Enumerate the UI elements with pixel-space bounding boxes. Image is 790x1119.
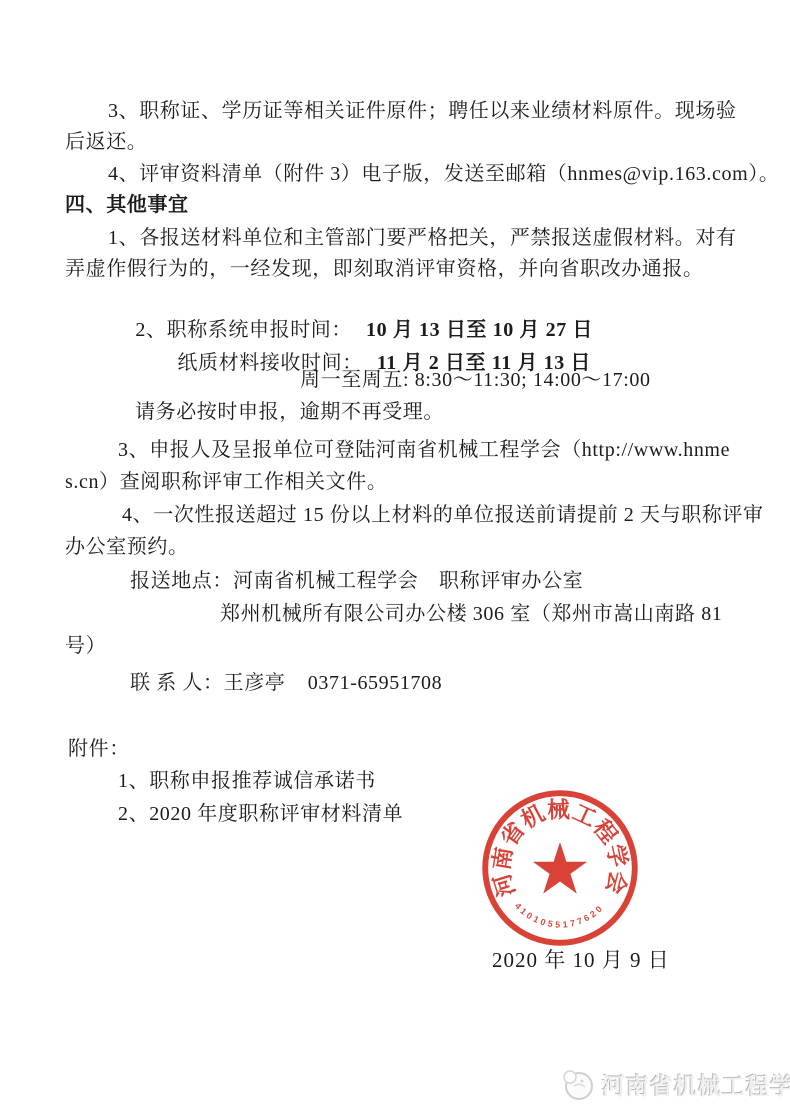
- office-hours-line: 周一至周五: 8:30～11:30; 14:00～17:00: [300, 368, 651, 392]
- other-item1-line1: 1、各报送材料单位和主管部门要严格把关，严禁报送虚假材料。对有: [108, 226, 737, 250]
- other-item4-line1: 4、一次性报送超过 15 份以上材料的单位报送前请提前 2 天与职称评审: [122, 503, 764, 527]
- other-item1-line2: 弄虚作假行为的，一经发现，即刻取消评审资格，并向省职改办通报。: [65, 257, 704, 281]
- contact-line: 联 系 人：王彦亭 0371-65951708: [130, 671, 442, 695]
- official-seal-stamp: 河南省机械工程学会 4101055177620: [476, 784, 644, 952]
- other-item3-line2: s.cn）查阅职称评审工作相关文件。: [65, 470, 387, 494]
- footer-society-name: 河南省机械工程学会: [602, 1068, 790, 1101]
- item3-line1: 3、职称证、学历证等相关证件原件；聘任以来业绩材料原件。现场验: [108, 99, 737, 123]
- address-line3: 号）: [65, 634, 106, 658]
- punctual-note-line: 请务必按时申报，逾期不再受理。: [135, 400, 444, 424]
- seal-star-icon: [533, 842, 587, 894]
- address-line2: 郑州机械所有限公司办公楼 306 室（郑州市嵩山南路 81: [220, 602, 722, 626]
- item4-line: 4、评审资料清单（附件 3）电子版，发送至邮箱（hnmes@vip.163.co…: [108, 162, 779, 186]
- svg-text:4101055177620: 4101055177620: [513, 901, 604, 930]
- document-page: 3、职称证、学历证等相关证件原件；聘任以来业绩材料原件。现场验 后返还。 4、评…: [0, 0, 790, 1119]
- address-line1: 报送地点：河南省机械工程学会 职称评审办公室: [130, 569, 583, 593]
- other-item4-line2: 办公室预约。: [65, 535, 189, 559]
- seal-code-text: 4101055177620: [513, 901, 604, 930]
- item3-line2: 后返还。: [65, 130, 147, 154]
- attachment-item-2: 2、2020 年度职称评审材料清单: [118, 802, 403, 826]
- footer-watermark: 河南省机械工程学会: [558, 1064, 790, 1104]
- attachment-item-1: 1、职称申报推荐诚信承诺书: [118, 769, 376, 793]
- other-item3-line1: 3、申报人及呈报单位可登陆河南省机械工程学会（http://www.hnme: [118, 438, 730, 462]
- attachments-heading: 附件：: [68, 737, 130, 761]
- society-logo-icon: [558, 1064, 598, 1104]
- section-heading: 四、其他事宜: [65, 193, 189, 217]
